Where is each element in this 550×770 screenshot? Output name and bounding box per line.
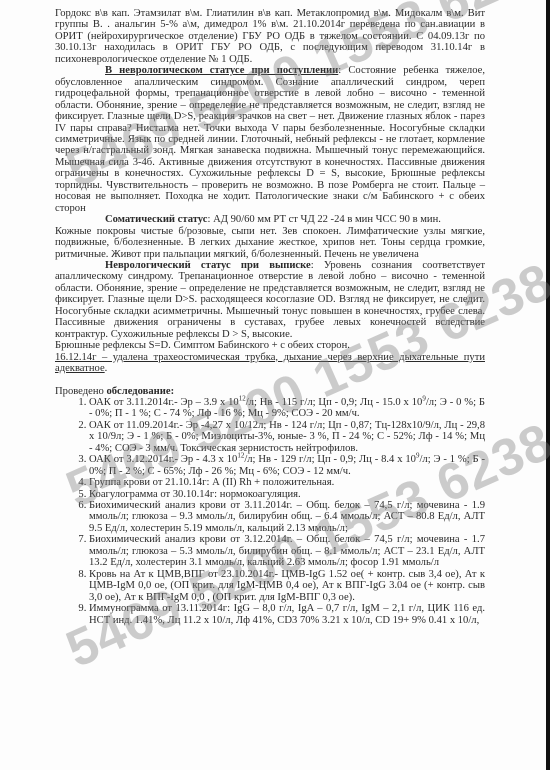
exam-item: Биохимический анализ крови от 3.12.2014г…: [89, 534, 485, 568]
neuro-admission-paragraph: В неврологическом статусе при поступлени…: [55, 65, 485, 214]
neuro-admission-text: : Состояние ребенка тяжелое, обусловленн…: [55, 65, 485, 213]
somatic-text: Кожные покровы чистые б/розовые, сыпи не…: [55, 226, 485, 260]
exam-item: Группа крови от 21.10.14г: А (II) Rh + п…: [89, 477, 485, 488]
exam-item: ОАК от 11.09.2014г.- Эр -4,27 х 10/12л; …: [89, 420, 485, 454]
abdominal-reflexes: Брюшные рефлексы S=D. Симптом Бабинского…: [55, 340, 485, 351]
neuro-discharge-heading: Неврологический статус при выписке: [105, 260, 311, 271]
exam-item: ОАК от 3.11.2014г.- Эр – 3.9 х 1012/л; Н…: [89, 397, 485, 420]
exam-item: Коагулограмма от 30.10.14г: нормокоагуля…: [89, 489, 485, 500]
somatic-heading: Соматический статус: [105, 214, 207, 225]
document-page: Гордокс в\в кап. Этамзилат в\м. Глиатили…: [55, 8, 485, 626]
trach-note: 16.12.14г – удалена трахеостомическая тр…: [55, 352, 485, 374]
exams-lead: Проведено обследование:: [55, 386, 485, 397]
somatic-vitals-text: : АД 90/60 мм РТ ст ЧД 22 -24 в мин ЧСС …: [207, 214, 440, 225]
trach-note-paragraph: 16.12.14г – удалена трахеостомическая тр…: [55, 352, 485, 375]
exam-item: ОАК от 3.12.2014г.- Эр - 4.3 х 1012/л; Н…: [89, 454, 485, 477]
treatment-paragraph: Гордокс в\в кап. Этамзилат в\м. Глиатили…: [55, 8, 485, 65]
neuro-admission-heading: В неврологическом статусе при поступлени…: [105, 65, 338, 76]
scan-edge: [546, 0, 550, 770]
somatic-vitals: Соматический статус: АД 90/60 мм РТ ст Ч…: [55, 214, 485, 225]
exam-item: Биохимический анализ крови от 3.11.2014г…: [89, 500, 485, 534]
neuro-discharge-paragraph: Неврологический статус при выписке: Уров…: [55, 260, 485, 340]
exams-lead-bold: обследование:: [106, 386, 174, 397]
exam-list: ОАК от 3.11.2014г.- Эр – 3.9 х 1012/л; Н…: [55, 397, 485, 626]
exam-item: Иммунограмма от 13.11.2014г: IgG – 8,0 г…: [89, 603, 485, 626]
exam-item: Кровь на Ат к ЦМВ,ВПГ от 23.10.2014г.- Ц…: [89, 569, 485, 603]
neuro-discharge-text: : Уровень сознания соответствует апаллич…: [55, 260, 485, 340]
